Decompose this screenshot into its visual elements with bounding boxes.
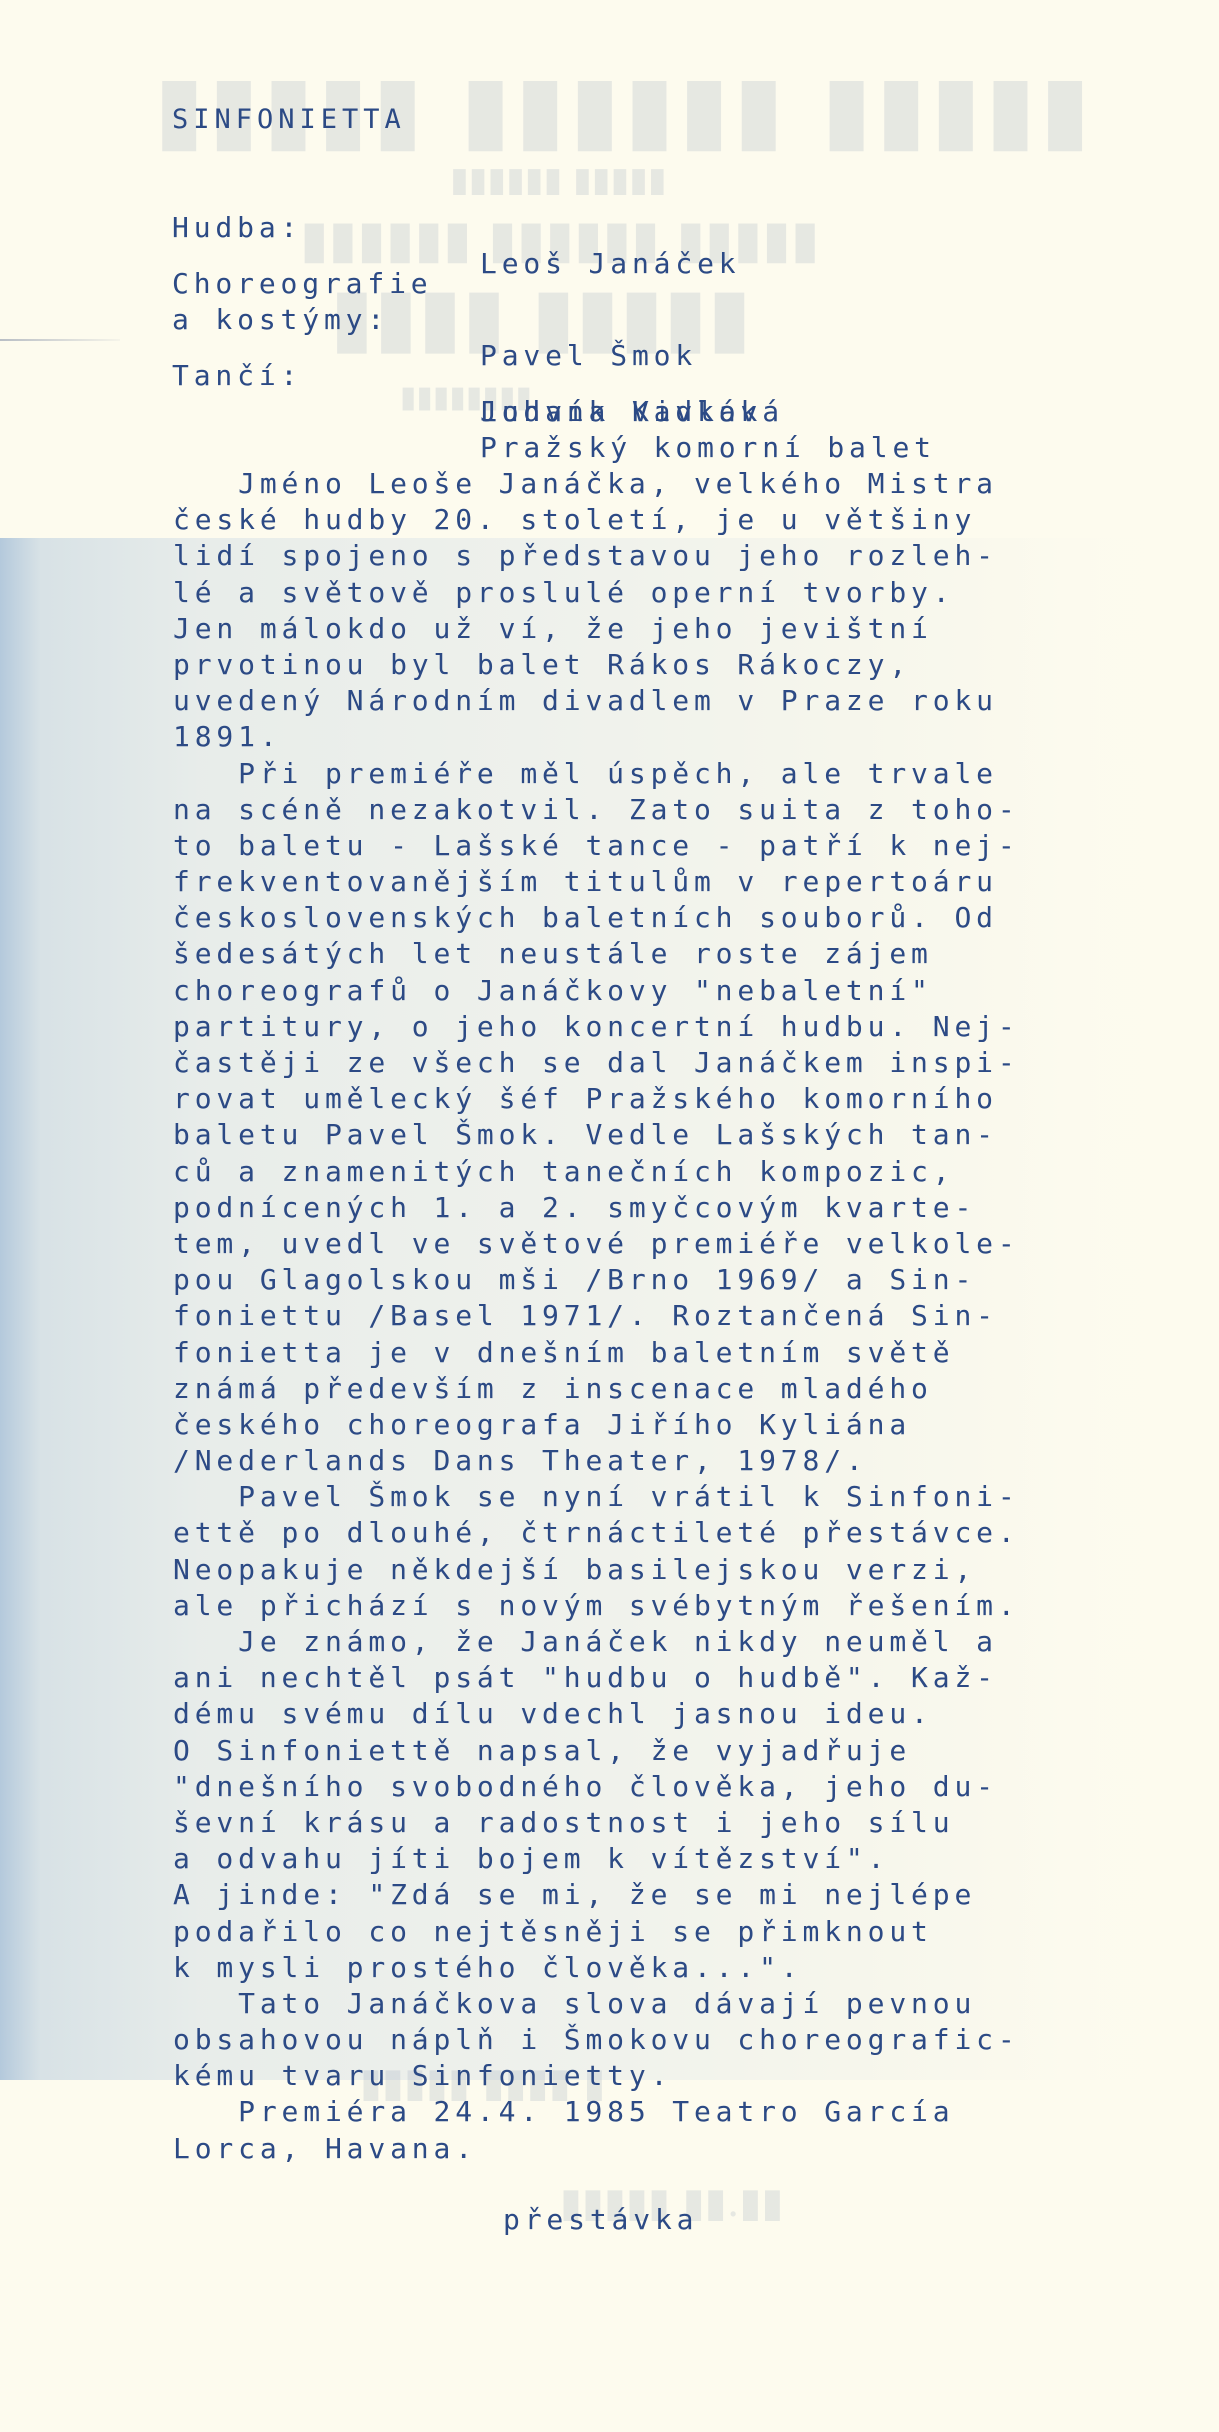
- body-line: O Sinfoniettě napsal, že vyjadřuje: [173, 1733, 1020, 1769]
- body-line: lidí spojeno s představou jeho rozleh-: [173, 538, 1020, 574]
- credit-value: Leoš Janáček: [480, 246, 741, 282]
- body-line: podařilo co nejtěsněji se přimknout: [173, 1914, 1020, 1950]
- body-line: Tato Janáčkova slova dávají pevnou: [173, 1986, 1020, 2022]
- body-line: choreografů o Janáčkovy "nebaletní": [173, 973, 1020, 1009]
- credit-value: Pražský komorní balet: [480, 430, 936, 466]
- body-text: Jméno Leoše Janáčka, velkého Mistračeské…: [173, 466, 1020, 2167]
- body-line: československých baletních souborů. Od: [173, 900, 1020, 936]
- credit-value: Pavel Šmok: [480, 338, 697, 374]
- body-line: ců a znamenitých tanečních kompozic,: [173, 1154, 1020, 1190]
- body-line: uvedený Národním divadlem v Praze roku: [173, 683, 1020, 719]
- body-line: prvotinou byl balet Rákos Rákoczy,: [173, 647, 1020, 683]
- body-line: fonietta je v dnešním baletním světě: [173, 1335, 1020, 1371]
- body-line: Neopakuje někdejší basilejskou verzi,: [173, 1552, 1020, 1588]
- body-line: to baletu - Lašské tance - patří k nej-: [173, 828, 1020, 864]
- fold-mark-line: [0, 339, 120, 341]
- body-line: české hudby 20. století, je u většiny: [173, 502, 1020, 538]
- body-line: tem, uvedl ve světové premiéře velkole-: [173, 1226, 1020, 1262]
- body-line: podnícených 1. a 2. smyčcovým kvarte-: [173, 1190, 1020, 1226]
- body-line: šedesátých let neustále roste zájem: [173, 936, 1020, 972]
- body-line: častěji ze všech se dal Janáčkem inspi-: [173, 1045, 1020, 1081]
- body-line: kému tvaru Sinfonietty.: [173, 2058, 1020, 2094]
- body-line: A jinde: "Zdá se mi, že se mi nejlépe: [173, 1877, 1020, 1913]
- body-line: frekventovanějším titulům v repertoáru: [173, 864, 1020, 900]
- body-line: "dnešního svobodného člověka, jeho du-: [173, 1769, 1020, 1805]
- piece-title: SINFONIETTA: [172, 102, 406, 138]
- body-line: Lorca, Havana.: [173, 2131, 1020, 2167]
- body-line: a odvahu jíti bojem k vítězství".: [173, 1841, 1020, 1877]
- body-line: pou Glagolskou mši /Brno 1969/ a Sin-: [173, 1262, 1020, 1298]
- document-page: ▮▮▮▮▮ ▮▮▮▮▮▮ ▮▮▮▮▮ ▮▮▮▮▮ ▮▮▮▮▮▮ ▮▮▮▮▮ ▮▮…: [0, 0, 1219, 2432]
- body-line: ale přichází s novým svébytným řešením.: [173, 1588, 1020, 1624]
- body-line: 1891.: [173, 719, 1020, 755]
- body-line: známá především z inscenace mladého: [173, 1371, 1020, 1407]
- body-line: dému svému dílu vdechl jasnou ideu.: [173, 1696, 1020, 1732]
- body-line: Premiéra 24.4. 1985 Teatro García: [173, 2094, 1020, 2130]
- body-line: obsahovou náplň i Šmokovu choreografic-: [173, 2022, 1020, 2058]
- show-through-decoration: ▮▮▮▮▮ ▮▮▮▮▮▮: [450, 160, 667, 200]
- body-line: baletu Pavel Šmok. Vedle Lašských tan-: [173, 1117, 1020, 1153]
- intermission-label: přestávka: [503, 2202, 698, 2238]
- body-line: Je známo, že Janáček nikdy neuměl a: [173, 1624, 1020, 1660]
- body-line: /Nederlands Dans Theater, 1978/.: [173, 1443, 1020, 1479]
- body-line: partitury, o jeho koncertní hudbu. Nej-: [173, 1009, 1020, 1045]
- body-line: Při premiéře měl úspěch, ale trvale: [173, 756, 1020, 792]
- body-line: foniettu /Basel 1971/. Roztančená Sin-: [173, 1298, 1020, 1334]
- body-line: ševní krásu a radostnost i jeho sílu: [173, 1805, 1020, 1841]
- body-line: ettě po dlouhé, čtrnáctileté přestávce.: [173, 1515, 1020, 1551]
- body-line: na scéně nezakotvil. Zato suita z toho-: [173, 792, 1020, 828]
- body-line: Pavel Šmok se nyní vrátil k Sinfoni-: [173, 1479, 1020, 1515]
- credit-value: Ludvík Vidlák: [480, 394, 762, 430]
- body-line: ani nechtěl psát "hudbu o hudbě". Kaž-: [173, 1660, 1020, 1696]
- body-line: lé a světově proslulé operní tvorby.: [173, 575, 1020, 611]
- body-line: Jméno Leoše Janáčka, velkého Mistra: [173, 466, 1020, 502]
- body-line: Jen málokdo už ví, že jeho jevištní: [173, 611, 1020, 647]
- body-line: českého choreografa Jiřího Kyliána: [173, 1407, 1020, 1443]
- body-line: k mysli prostého člověka...".: [173, 1950, 1020, 1986]
- body-line: rovat umělecký šéf Pražského komorního: [173, 1081, 1020, 1117]
